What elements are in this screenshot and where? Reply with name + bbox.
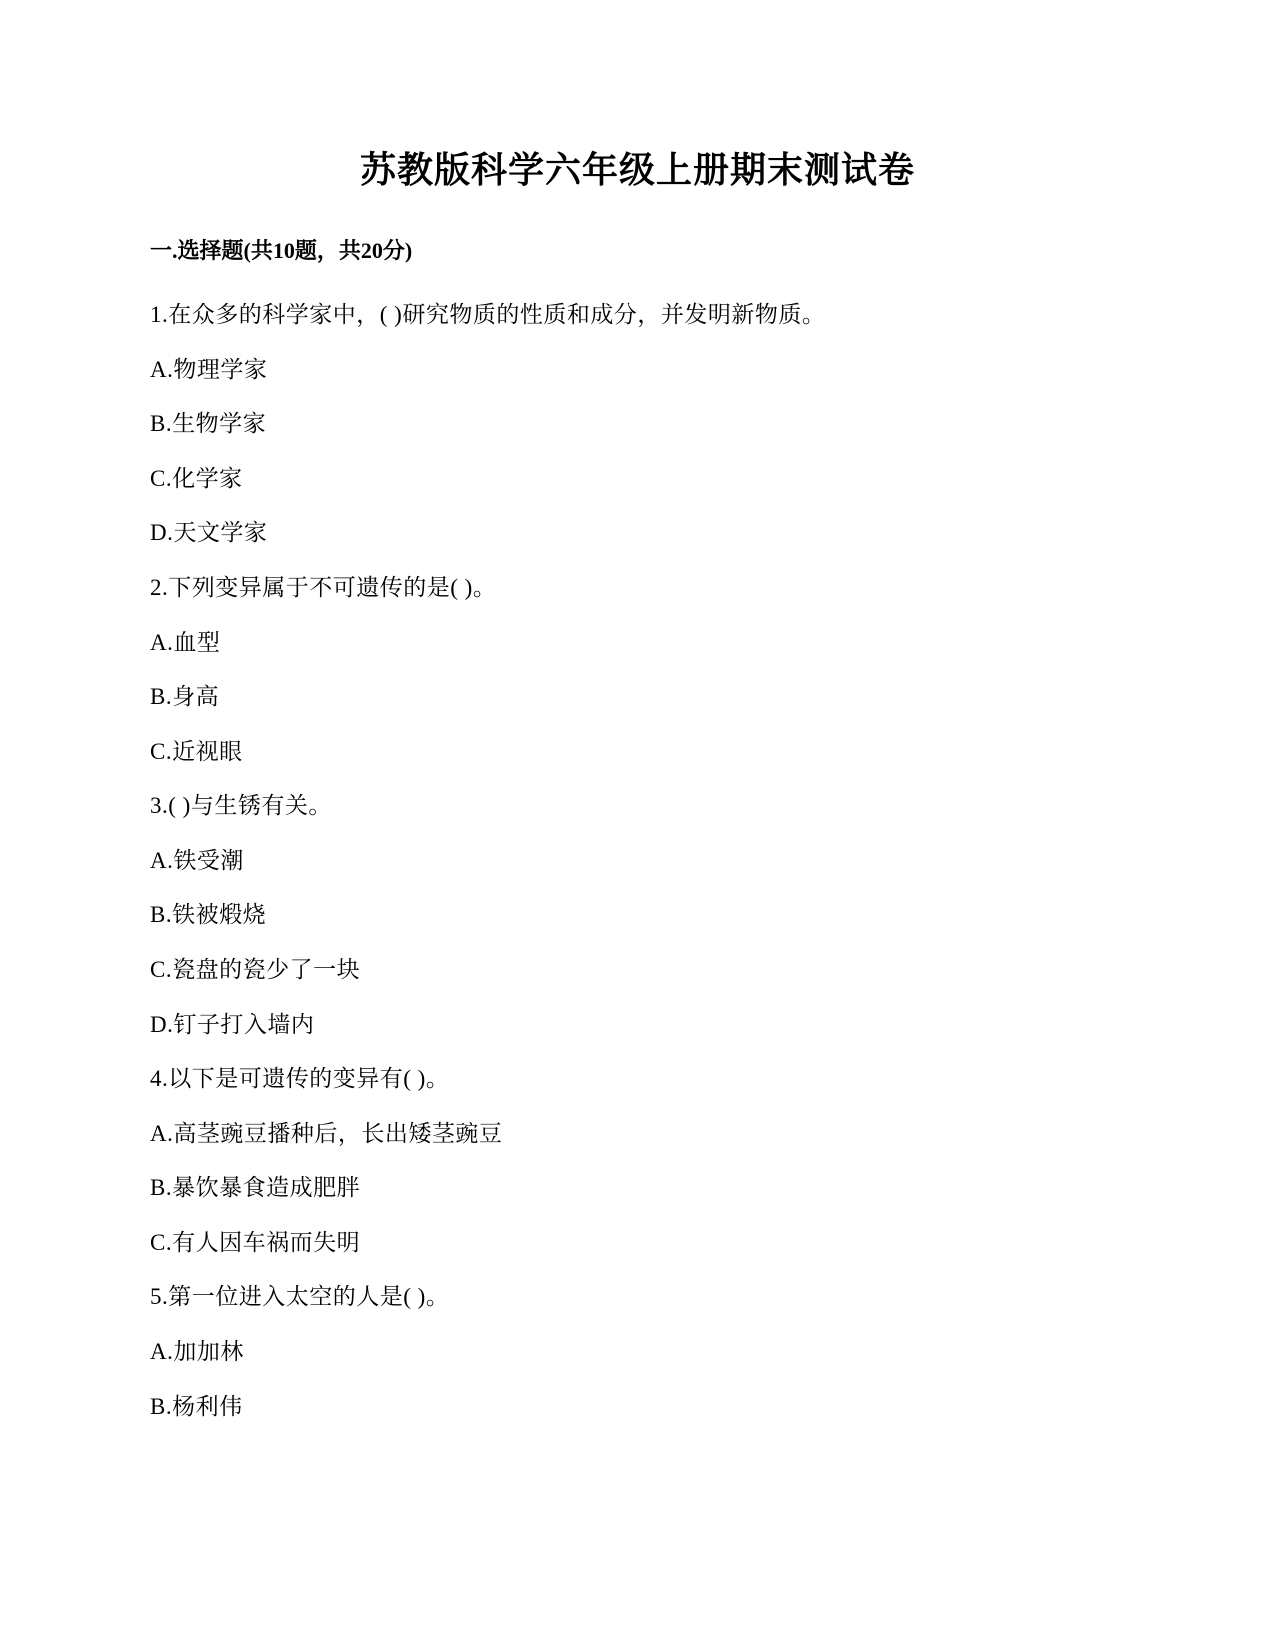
question-4: 4.以下是可遗传的变异有( )。 [150,1064,449,1094]
option-3b: B.铁被煅烧 [150,900,266,930]
option-3d: D.钉子打入墙内 [150,1010,314,1040]
page-title: 苏教版科学六年级上册期末测试卷 [0,148,1275,192]
option-3c: C.瓷盘的瓷少了一块 [150,955,360,985]
option-2a: A.血型 [150,628,220,658]
question-2: 2.下列变异属于不可遗传的是( )。 [150,573,496,603]
option-5a: A.加加林 [150,1337,244,1367]
option-4b: B.暴饮暴食造成肥胖 [150,1173,360,1203]
question-3: 3.( )与生锈有关。 [150,791,332,821]
option-1d: D.天文学家 [150,518,267,548]
option-3a: A.铁受潮 [150,846,244,876]
option-1b: B.生物学家 [150,409,266,439]
option-2c: C.近视眼 [150,737,243,767]
option-1c: C.化学家 [150,464,243,494]
option-5b: B.杨利伟 [150,1392,243,1422]
option-2b: B.身高 [150,682,219,712]
option-4c: C.有人因车祸而失明 [150,1228,360,1258]
section-heading: 一.选择题(共10题，共20分) [150,236,412,266]
question-1: 1.在众多的科学家中，( )研究物质的性质和成分，并发明新物质。 [150,300,825,330]
question-5: 5.第一位进入太空的人是( )。 [150,1282,449,1312]
option-1a: A.物理学家 [150,355,267,385]
option-4a: A.高茎豌豆播种后，长出矮茎豌豆 [150,1119,502,1149]
